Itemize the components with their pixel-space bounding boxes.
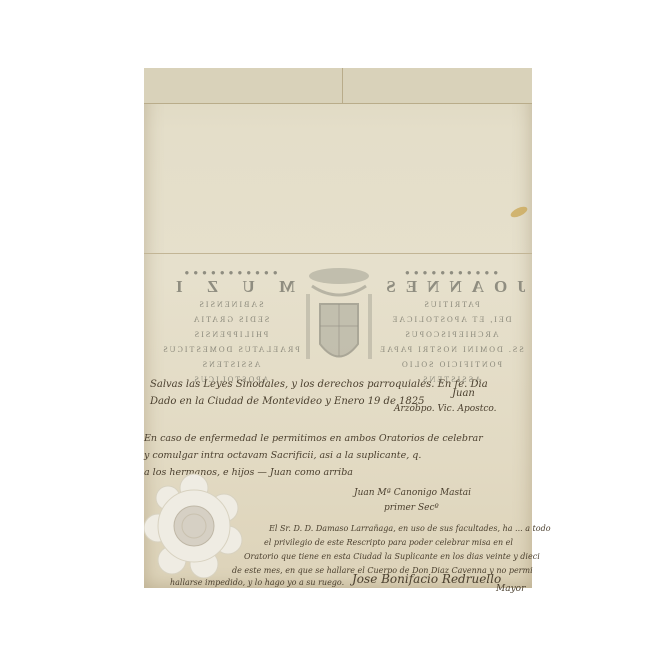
handwritten-line-2: Dado en la Ciudad de Montevideo y Enero …: [150, 396, 425, 407]
handwritten-para2-line1: En caso de enfermedad le permitimos en a…: [144, 433, 483, 444]
handwritten-para3-line5: hallarse impedido, y lo hago yo a su rue…: [170, 578, 344, 587]
handwritten-para3-line2: el privilegio de este Rescripto para pod…: [264, 538, 513, 547]
fold-crease: [342, 68, 343, 103]
handwritten-para3-line3: Oratorio que tiene en esta Ciudad la Sup…: [244, 552, 540, 561]
handwritten-para3-line1: El Sr. D. D. Damaso Larrañaga, en uso de…: [269, 524, 551, 533]
signature-juan: Juan: [452, 388, 475, 399]
signature-juan-title: Arzobpo. Vic. Apostco.: [394, 404, 497, 414]
signature-mastai: Juan Mª Canonigo Mastai: [354, 488, 471, 498]
header-name-joannes: JOANNES: [376, 277, 526, 297]
stain-mark: [509, 205, 529, 220]
top-fold: [144, 68, 532, 104]
signature-mastai-title: primer Secº: [384, 503, 439, 513]
document-sheet: ● ● ● ● ● ● ● ● ● ● ● JOANNES PATRITIUS …: [144, 68, 532, 588]
coat-of-arms-icon: [302, 264, 376, 382]
handwritten-line-1: Salvas las Leyes Sinodales, y los derech…: [150, 379, 488, 390]
header-name-muzi: M U Z I: [158, 277, 303, 297]
paper-wax-seal-icon: [144, 468, 244, 578]
middle-fold: [144, 253, 532, 254]
signature-redruello-title: Mayor: [496, 584, 525, 594]
handwritten-para2-line2: y comulgar intra octavam Sacrificii, asi…: [144, 450, 421, 461]
printed-header-joannes: ● ● ● ● ● ● ● ● ● ● ● JOANNES PATRITIUS …: [376, 268, 526, 387]
printed-header-muzi: ● ● ● ● ● ● ● ● ● ● ● M U Z I SABINENSIS…: [158, 268, 303, 387]
signature-redruello: Jose Bonifacio Redruello: [352, 572, 501, 586]
